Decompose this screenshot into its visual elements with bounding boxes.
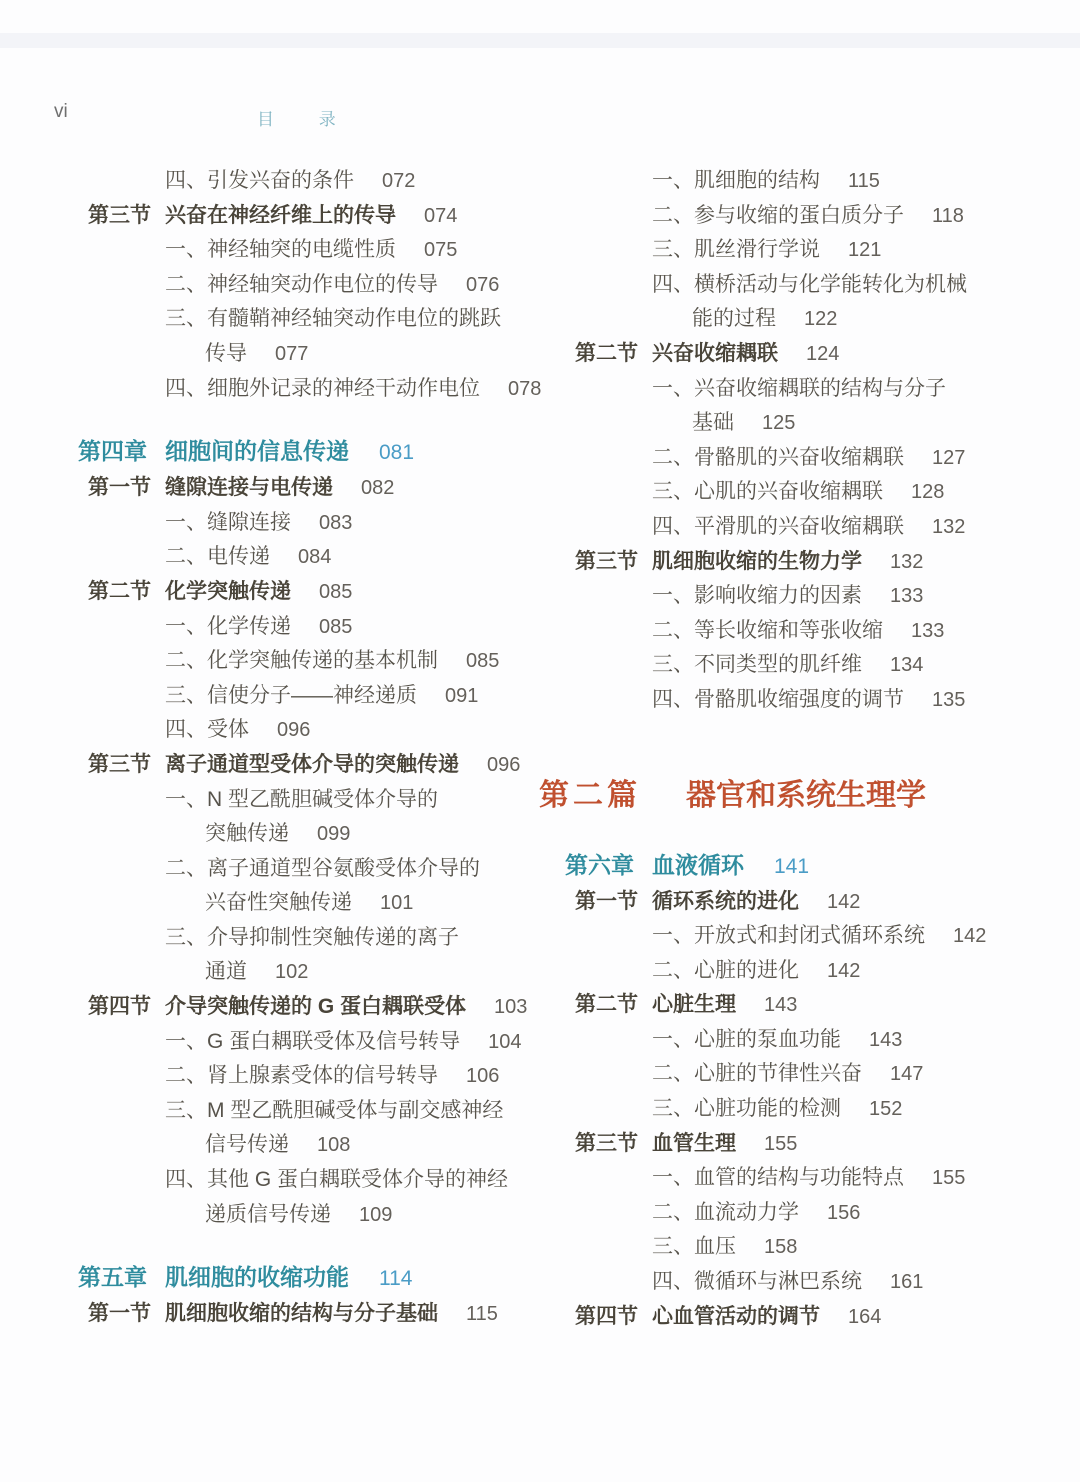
entry-body: 兴奋在神经纤维上的传导074 [165,199,457,234]
toc-entry-item: 四、骨骼肌收缩强度的调节135 [575,683,1027,718]
toc-entry-item: 四、受体096 [88,713,540,748]
entry-title: 肌细胞收缩的生物力学 [652,545,862,580]
entry-body: 二、血流动力学156 [575,1196,860,1231]
entry-title: 能的过程 [692,302,776,337]
toc-entry-cont: 信号传递108 [88,1128,540,1163]
toc-entry-item: 四、引发兴奋的条件072 [88,164,540,199]
entry-page: 091 [445,679,478,714]
entry-page: 085 [319,610,352,645]
entry-page: 135 [932,683,965,718]
toc-entry-chapter: 第四章细胞间的信息传递081 [78,433,540,471]
toc-entry-section: 第三节血管生理155 [575,1127,1027,1162]
toc-entry-cont: 突触传递099 [88,817,540,852]
toc-entry-section: 第二节心脏生理143 [575,988,1027,1023]
entry-body: 递质信号传递109 [88,1198,392,1233]
toc-entry-item: 二、化学突触传递的基本机制085 [88,644,540,679]
entry-page: 147 [890,1057,923,1092]
toc-entry-section: 第三节兴奋在神经纤维上的传导074 [88,199,540,234]
toc-entry-item: 三、不同类型的肌纤维134 [575,648,1027,683]
entry-body: 三、有髓鞘神经轴突动作电位的跳跃 [88,302,501,337]
entry-page: 077 [275,337,308,372]
entry-label: 第二节 [575,988,652,1023]
entry-body: 三、不同类型的肌纤维134 [575,648,923,683]
entry-label: 第三节 [575,545,652,580]
entry-page: 114 [379,1261,412,1297]
toc-entry-cont: 兴奋性突触传递101 [88,886,540,921]
entry-title: 缝隙连接与电传递 [165,471,333,506]
entry-page: 132 [932,510,965,545]
entry-title: 信号传递 [205,1128,289,1163]
entry-label: 第四章 [78,433,165,469]
entry-label: 第六章 [565,847,652,883]
toc-entry-item: 四、微循环与淋巴系统161 [575,1265,1027,1300]
entry-page: 121 [848,233,881,268]
entry-title: 一、神经轴突的电缆性质 [165,233,396,268]
entry-title: 兴奋在神经纤维上的传导 [165,199,396,234]
entry-body: 化学突触传递085 [165,575,352,610]
entry-page: 082 [361,471,394,506]
entry-title: 血液循环 [652,847,744,883]
toc-entry-item: 三、M 型乙酰胆碱受体与副交感神经 [88,1094,540,1129]
entry-page: 076 [466,268,499,303]
entry-page: 108 [317,1128,350,1163]
entry-page: 164 [848,1300,881,1335]
entry-title: 二、神经轴突动作电位的传导 [165,268,438,303]
entry-label: 第二篇 [539,773,686,819]
entry-title: 器官和系统生理学 [686,773,926,819]
entry-page: 152 [869,1092,902,1127]
entry-body: 通道102 [88,955,308,990]
page-header: vi 目 录 [0,0,1080,140]
entry-body: 三、心肌的兴奋收缩耦联128 [575,475,944,510]
entry-title: 二、等长收缩和等张收缩 [652,614,883,649]
entry-title: 通道 [205,955,247,990]
toc-entry-item: 二、肾上腺素受体的信号转导106 [88,1059,540,1094]
entry-page: 133 [890,579,923,614]
toc-entry-item: 四、细胞外记录的神经干动作电位078 [88,372,540,407]
entry-page: 085 [466,644,499,679]
entry-page: 104 [488,1025,521,1060]
toc-entry-section: 第四节心血管活动的调节164 [575,1300,1027,1335]
entry-title: 二、电传递 [165,540,270,575]
entry-body: 三、信使分子——神经递质091 [88,679,478,714]
entry-page: 103 [494,990,527,1025]
entry-title: 三、有髓鞘神经轴突动作电位的跳跃 [165,302,501,337]
toc-entry-item: 一、神经轴突的电缆性质075 [88,233,540,268]
entry-title: 离子通道型受体介导的突触传递 [165,748,459,783]
entry-page: 155 [932,1161,965,1196]
entry-body: 四、其他 G 蛋白耦联受体介导的神经 [88,1163,508,1198]
entry-title: 肌细胞的收缩功能 [165,1259,349,1295]
entry-title: 二、肾上腺素受体的信号转导 [165,1059,438,1094]
entry-body: 血管生理155 [652,1127,797,1162]
entry-body: 基础125 [575,406,795,441]
entry-page: 083 [319,506,352,541]
entry-body: 肌细胞收缩的生物力学132 [652,545,923,580]
toc-entry-item: 一、缝隙连接083 [88,506,540,541]
toc-entry-item: 一、肌细胞的结构115 [575,164,1027,199]
toc-entry-section: 第三节离子通道型受体介导的突触传递096 [88,748,540,783]
entry-page: 122 [804,302,837,337]
entry-title: 四、骨骼肌收缩强度的调节 [652,683,904,718]
entry-title: 血管生理 [652,1127,736,1162]
entry-body: 一、神经轴突的电缆性质075 [88,233,457,268]
entry-page: 161 [890,1265,923,1300]
toc-column-right: 一、肌细胞的结构115二、参与收缩的蛋白质分子118三、肌丝滑行学说121四、横… [575,164,1027,1334]
toc-entry-item: 二、心脏的节律性兴奋147 [575,1057,1027,1092]
toc-entry-item: 三、心脏功能的检测152 [575,1092,1027,1127]
entry-title: 介导突触传递的 G 蛋白耦联受体 [165,990,466,1025]
entry-page: 133 [911,614,944,649]
entry-label: 第三节 [88,199,165,234]
entry-title: 二、离子通道型谷氨酸受体介导的 [165,852,480,887]
toc-entry-item: 一、化学传递085 [88,610,540,645]
toc-entry-item: 三、介导抑制性突触传递的离子 [88,921,540,956]
entry-body: 二、骨骼肌的兴奋收缩耦联127 [575,441,965,476]
entry-page: 115 [466,1297,498,1332]
toc-entry-cont: 能的过程122 [575,302,1027,337]
toc-entry-item: 一、影响收缩力的因素133 [575,579,1027,614]
entry-body: 四、平滑肌的兴奋收缩耦联132 [575,510,965,545]
entry-title: 一、N 型乙酰胆碱受体介导的 [165,783,438,818]
entry-body: 四、受体096 [88,713,310,748]
toc-entry-item: 三、血压158 [575,1230,1027,1265]
entry-page: 074 [424,199,457,234]
entry-title: 突触传递 [205,817,289,852]
entry-body: 突触传递099 [88,817,350,852]
entry-body: 二、离子通道型谷氨酸受体介导的 [88,852,480,887]
toc-entry-item: 二、骨骼肌的兴奋收缩耦联127 [575,441,1027,476]
entry-page: 085 [319,575,352,610]
entry-body: 三、介导抑制性突触传递的离子 [88,921,459,956]
entry-body: 离子通道型受体介导的突触传递096 [165,748,520,783]
toc-entry-item: 二、神经轴突动作电位的传导076 [88,268,540,303]
entry-label: 第二节 [88,575,165,610]
entry-body: 二、电传递084 [88,540,331,575]
entry-title: 四、引发兴奋的条件 [165,164,354,199]
entry-body: 二、肾上腺素受体的信号转导106 [88,1059,499,1094]
entry-body: 一、兴奋收缩耦联的结构与分子 [575,372,946,407]
entry-title: 肌细胞收缩的结构与分子基础 [165,1297,438,1332]
entry-body: 细胞间的信息传递081 [165,433,414,471]
entry-title: 化学突触传递 [165,575,291,610]
entry-body: 缝隙连接与电传递082 [165,471,394,506]
toc-entry-item: 三、信使分子——神经递质091 [88,679,540,714]
entry-body: 血液循环141 [652,847,809,885]
entry-page: 109 [359,1198,392,1233]
entry-title: 三、介导抑制性突触传递的离子 [165,921,459,956]
entry-page: 143 [869,1023,902,1058]
entry-body: 循环系统的进化142 [652,885,860,920]
entry-body: 心脏生理143 [652,988,797,1023]
entry-body: 兴奋收缩耦联124 [652,337,839,372]
entry-label: 第四节 [88,990,165,1025]
entry-page: 118 [932,199,964,234]
entry-page: 099 [317,817,350,852]
entry-page: 134 [890,648,923,683]
entry-title: 循环系统的进化 [652,885,799,920]
toc-entry-item: 一、心脏的泵血功能143 [575,1023,1027,1058]
entry-label: 第四节 [575,1300,652,1335]
entry-title: 二、心脏的节律性兴奋 [652,1057,862,1092]
entry-label: 第三节 [88,748,165,783]
entry-body: 四、横桥活动与化学能转化为机械 [575,268,967,303]
toc-entry-item: 一、N 型乙酰胆碱受体介导的 [88,783,540,818]
entry-body: 一、化学传递085 [88,610,352,645]
entry-title: 一、肌细胞的结构 [652,164,820,199]
toc-entry-section: 第四节介导突触传递的 G 蛋白耦联受体103 [88,990,540,1025]
entry-title: 四、其他 G 蛋白耦联受体介导的神经 [165,1163,508,1198]
toc-entry-item: 二、血流动力学156 [575,1196,1027,1231]
entry-label: 第一节 [88,471,165,506]
entry-title: 三、M 型乙酰胆碱受体与副交感神经 [165,1094,503,1129]
entry-body: 介导突触传递的 G 蛋白耦联受体103 [165,990,527,1025]
entry-title: 三、信使分子——神经递质 [165,679,417,714]
toc-page: { "page": { "folio": "vi", "header_title… [0,0,1080,1482]
entry-label: 第二节 [575,337,652,372]
folio-page-number: vi [54,101,68,123]
toc-entry-cont: 递质信号传递109 [88,1198,540,1233]
entry-title: 一、开放式和封闭式循环系统 [652,919,925,954]
entry-page: 096 [487,748,520,783]
entry-body: 二、神经轴突动作电位的传导076 [88,268,499,303]
entry-body: 二、心脏的进化142 [575,954,860,989]
entry-title: 三、不同类型的肌纤维 [652,648,862,683]
toc-entry-section: 第二节化学突触传递085 [88,575,540,610]
entry-page: 127 [932,441,965,476]
entry-page: 115 [848,164,880,199]
toc-entry-item: 三、肌丝滑行学说121 [575,233,1027,268]
entry-page: 141 [774,849,809,885]
entry-title: 传导 [205,337,247,372]
entry-title: 心脏生理 [652,988,736,1023]
toc-entry-item: 四、其他 G 蛋白耦联受体介导的神经 [88,1163,540,1198]
entry-title: 一、化学传递 [165,610,291,645]
toc-entry-section: 第一节循环系统的进化142 [575,885,1027,920]
entry-body: 肌细胞收缩的结构与分子基础115 [165,1297,498,1332]
entry-page: 143 [764,988,797,1023]
entry-title: 基础 [692,406,734,441]
entry-title: 三、心肌的兴奋收缩耦联 [652,475,883,510]
entry-title: 四、平滑肌的兴奋收缩耦联 [652,510,904,545]
entry-body: 三、心脏功能的检测152 [575,1092,902,1127]
toc-entry-item: 三、心肌的兴奋收缩耦联128 [575,475,1027,510]
entry-title: 一、影响收缩力的因素 [652,579,862,614]
entry-body: 四、引发兴奋的条件072 [88,164,415,199]
entry-label: 第三节 [575,1127,652,1162]
toc-entry-item: 一、开放式和封闭式循环系统142 [575,919,1027,954]
entry-page: 155 [764,1127,797,1162]
entry-page: 156 [827,1196,860,1231]
entry-body: 二、等长收缩和等张收缩133 [575,614,944,649]
page-title: 目 录 [257,105,356,130]
entry-title: 四、受体 [165,713,249,748]
entry-body: 能的过程122 [575,302,837,337]
entry-title: 一、血管的结构与功能特点 [652,1161,904,1196]
entry-page: 102 [275,955,308,990]
toc-entry-chapter: 第六章血液循环141 [565,847,1027,885]
entry-page: 081 [379,435,414,471]
entry-title: 兴奋收缩耦联 [652,337,778,372]
entry-title: 一、兴奋收缩耦联的结构与分子 [652,372,946,407]
entry-title: 二、化学突触传递的基本机制 [165,644,438,679]
entry-body: 二、参与收缩的蛋白质分子118 [575,199,964,234]
entry-page: 125 [762,406,795,441]
entry-body: 三、血压158 [575,1230,797,1265]
entry-title: 二、心脏的进化 [652,954,799,989]
toc-entry-part: 第二篇器官和系统生理学 [539,773,1027,819]
toc-entry-item: 二、电传递084 [88,540,540,575]
toc-entry-cont: 通道102 [88,955,540,990]
toc-entry-item: 一、血管的结构与功能特点155 [575,1161,1027,1196]
toc-entry-cont: 传导077 [88,337,540,372]
entry-title: 三、肌丝滑行学说 [652,233,820,268]
entry-title: 四、微循环与淋巴系统 [652,1265,862,1300]
entry-title: 一、G 蛋白耦联受体及信号转导 [165,1025,460,1060]
entry-label: 第五章 [78,1259,165,1295]
entry-title: 四、横桥活动与化学能转化为机械 [652,268,967,303]
entry-body: 四、细胞外记录的神经干动作电位078 [88,372,541,407]
entry-title: 一、心脏的泵血功能 [652,1023,841,1058]
toc-entry-item: 二、参与收缩的蛋白质分子118 [575,199,1027,234]
entry-title: 递质信号传递 [205,1198,331,1233]
toc-columns: 四、引发兴奋的条件072第三节兴奋在神经纤维上的传导074一、神经轴突的电缆性质… [88,164,1027,1334]
entry-body: 兴奋性突触传递101 [88,886,413,921]
entry-body: 二、化学突触传递的基本机制085 [88,644,499,679]
entry-page: 096 [277,713,310,748]
entry-label: 第一节 [575,885,652,920]
entry-body: 一、N 型乙酰胆碱受体介导的 [88,783,438,818]
entry-page: 124 [806,337,839,372]
entry-title: 兴奋性突触传递 [205,886,352,921]
entry-title: 二、参与收缩的蛋白质分子 [652,199,904,234]
entry-page: 132 [890,545,923,580]
entry-page: 142 [827,954,860,989]
entry-page: 075 [424,233,457,268]
entry-page: 158 [764,1230,797,1265]
toc-entry-section: 第二节兴奋收缩耦联124 [575,337,1027,372]
entry-body: 一、肌细胞的结构115 [575,164,880,199]
toc-entry-item: 二、离子通道型谷氨酸受体介导的 [88,852,540,887]
entry-body: 一、缝隙连接083 [88,506,352,541]
entry-title: 二、血流动力学 [652,1196,799,1231]
entry-body: 一、血管的结构与功能特点155 [575,1161,965,1196]
toc-entry-chapter: 第五章肌细胞的收缩功能114 [78,1259,540,1297]
entry-body: 三、M 型乙酰胆碱受体与副交感神经 [88,1094,503,1129]
entry-body: 一、影响收缩力的因素133 [575,579,923,614]
entry-page: 078 [508,372,541,407]
entry-label: 第一节 [88,1297,165,1332]
toc-entry-section: 第一节缝隙连接与电传递082 [88,471,540,506]
toc-entry-item: 四、平滑肌的兴奋收缩耦联132 [575,510,1027,545]
entry-body: 信号传递108 [88,1128,350,1163]
toc-entry-item: 二、等长收缩和等张收缩133 [575,614,1027,649]
toc-entry-cont: 基础125 [575,406,1027,441]
toc-entry-item: 四、横桥活动与化学能转化为机械 [575,268,1027,303]
entry-body: 一、G 蛋白耦联受体及信号转导104 [88,1025,522,1060]
toc-entry-section: 第三节肌细胞收缩的生物力学132 [575,545,1027,580]
entry-page: 106 [466,1059,499,1094]
entry-title: 三、血压 [652,1230,736,1265]
entry-title: 二、骨骼肌的兴奋收缩耦联 [652,441,904,476]
toc-entry-item: 三、有髓鞘神经轴突动作电位的跳跃 [88,302,540,337]
entry-page: 142 [827,885,860,920]
toc-entry-item: 一、兴奋收缩耦联的结构与分子 [575,372,1027,407]
entry-body: 一、心脏的泵血功能143 [575,1023,902,1058]
entry-body: 四、骨骼肌收缩强度的调节135 [575,683,965,718]
entry-body: 器官和系统生理学 [686,773,926,819]
entry-title: 心血管活动的调节 [652,1300,820,1335]
entry-page: 128 [911,475,944,510]
entry-body: 二、心脏的节律性兴奋147 [575,1057,923,1092]
entry-title: 四、细胞外记录的神经干动作电位 [165,372,480,407]
toc-entry-item: 二、心脏的进化142 [575,954,1027,989]
toc-column-left: 四、引发兴奋的条件072第三节兴奋在神经纤维上的传导074一、神经轴突的电缆性质… [88,164,540,1332]
entry-title: 细胞间的信息传递 [165,433,349,469]
entry-body: 心血管活动的调节164 [652,1300,881,1335]
entry-body: 一、开放式和封闭式循环系统142 [575,919,986,954]
toc-entry-item: 一、G 蛋白耦联受体及信号转导104 [88,1025,540,1060]
entry-title: 三、心脏功能的检测 [652,1092,841,1127]
entry-body: 四、微循环与淋巴系统161 [575,1265,923,1300]
entry-page: 072 [382,164,415,199]
entry-title: 一、缝隙连接 [165,506,291,541]
entry-body: 肌细胞的收缩功能114 [165,1259,412,1297]
entry-page: 101 [380,886,413,921]
entry-page: 084 [298,540,331,575]
entry-body: 三、肌丝滑行学说121 [575,233,881,268]
toc-entry-section: 第一节肌细胞收缩的结构与分子基础115 [88,1297,540,1332]
entry-body: 传导077 [88,337,308,372]
entry-page: 142 [953,919,986,954]
